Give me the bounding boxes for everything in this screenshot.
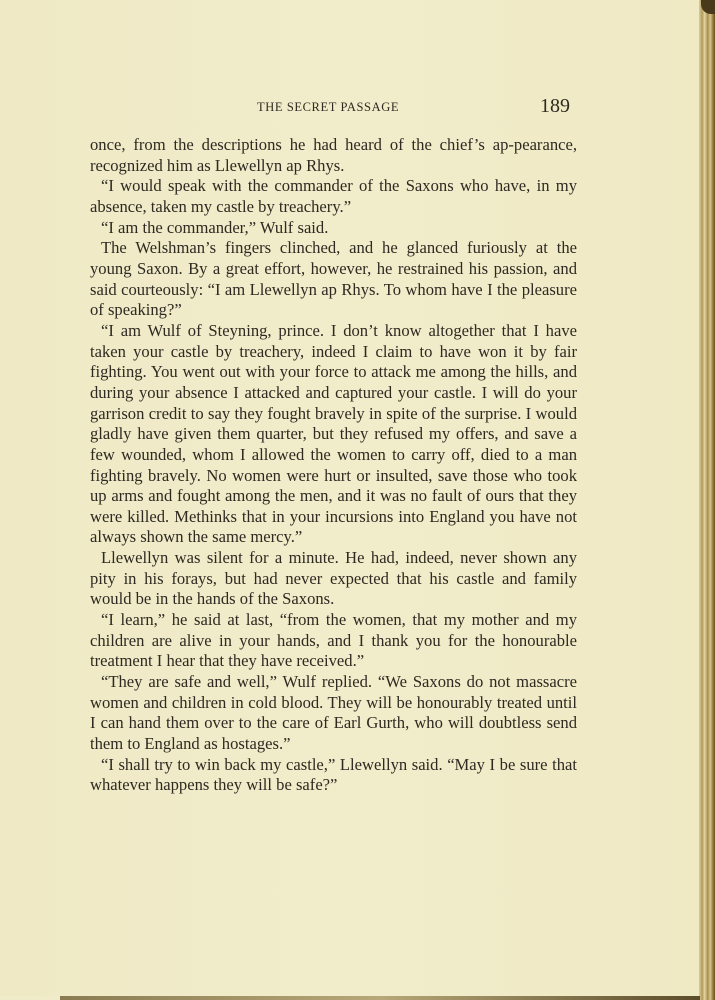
page-number: 189	[540, 95, 570, 118]
body-text: once, from the descriptions he had heard…	[90, 135, 577, 796]
paragraph: “I shall try to win back my castle,” Lle…	[90, 755, 577, 796]
paragraph: “I am the commander,” Wulf said.	[90, 218, 577, 239]
page-header: THE SECRET PASSAGE 189	[90, 97, 570, 121]
paragraph: “I would speak with the commander of the…	[90, 176, 577, 217]
paragraph: “I am Wulf of Steyning, prince. I don’t …	[90, 321, 577, 548]
paragraph: “I learn,” he said at last, “from the wo…	[90, 610, 577, 672]
page-bottom-edge	[60, 996, 700, 1000]
paragraph: once, from the descriptions he had heard…	[90, 135, 577, 176]
paragraph: “They are safe and well,” Wulf replied. …	[90, 672, 577, 755]
paragraph: Llewellyn was silent for a minute. He ha…	[90, 548, 577, 610]
book-page: THE SECRET PASSAGE 189 once, from the de…	[0, 0, 700, 996]
paragraph: The Welshman’s fingers clinched, and he …	[90, 238, 577, 321]
running-title: THE SECRET PASSAGE	[257, 100, 399, 115]
page-stack-edge	[699, 0, 715, 1000]
